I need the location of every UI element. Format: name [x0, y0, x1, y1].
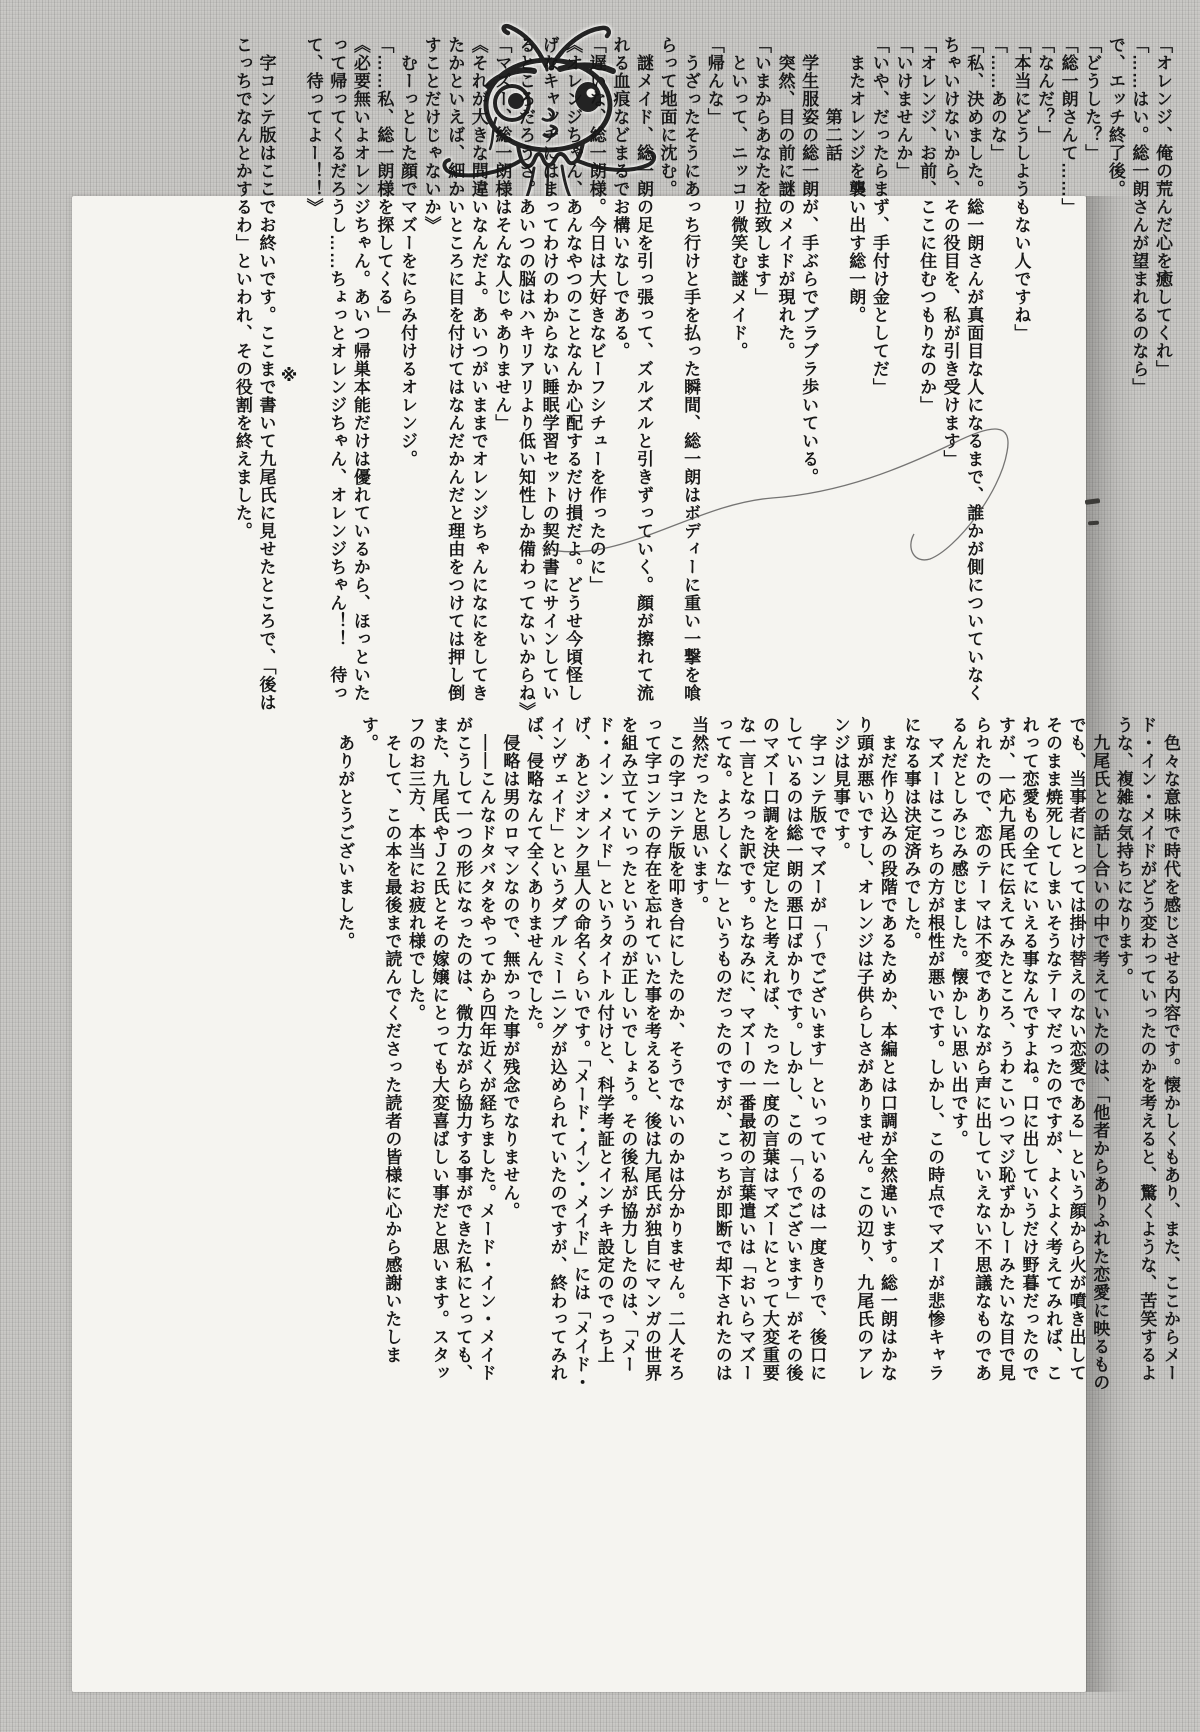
- text-line: 字コンテ版でマズーが「〜でございます」といっているのは一度きりで、後口にしている…: [687, 716, 829, 1396]
- text-line: 《オレンジちゃん、あんなやつのことなんか心配するだけ損だよ。どうせ今頃怪しげなキ…: [513, 36, 584, 716]
- text-line: 「オレンジ、俺の荒んだ心を癒してくれ」: [1150, 36, 1174, 716]
- text-line: といって、ニッコリ微笑む謎メイド。: [726, 36, 750, 716]
- text-line: 学生服姿の総一朗が、手ぶらでブラブラ歩いている。: [797, 36, 821, 716]
- text-line: ※: [277, 36, 301, 716]
- text-line: 「……あのな」: [985, 36, 1009, 716]
- text-line: 「どうした？」: [1080, 36, 1104, 716]
- text-line: 色々な意味で時代を感じさせる内容です。懐かしくもあり、また、ここからメード・イン…: [1111, 716, 1182, 1396]
- text-line: で、エッチ終了後。: [1103, 36, 1127, 716]
- text-line: 「遅いな、総一朗様。今日は大好きなビーフシチューを作ったのに」: [584, 36, 608, 716]
- text-line: むーっとした顔でマズーをにらみ付けるオレンジ。: [395, 36, 419, 716]
- text-line: 侵略は男のロマンなので、無かった事が残念でなりません。: [498, 716, 522, 1396]
- afterword-text-block: 色々な意味で時代を感じさせる内容です。懐かしくもあり、また、ここからメード・イン…: [333, 716, 1182, 1396]
- text-line: 字コンテ版はここでお終いです。ここまで書いて九尾氏に見せたところで、「後はこっち…: [230, 36, 277, 716]
- text-line: 謎メイド、総一朗の足を引っ張って、ズルズルと引きずっていく。顔が擦れて流れる血痕…: [608, 36, 655, 716]
- text-line: 「なんだ？」: [1032, 36, 1056, 716]
- text-line: 《それが大きな間違いなんだよ。あいつがいままでオレンジちゃんになにをしてきたかと…: [419, 36, 490, 716]
- text-line: 第二話: [820, 36, 844, 716]
- text-line: うざったそうにあっち行けと手を払った瞬間、総一朗はボディーに重い一撃を喰らって地…: [655, 36, 702, 716]
- text-line: 「……私、総一朗様を探してくる」: [372, 36, 396, 716]
- text-line: 突然、目の前に謎のメイドが現れた。: [773, 36, 797, 716]
- text-line: 「オレンジ、お前、ここに住むつもりなのか」: [914, 36, 938, 716]
- text-line: 「帰んな」: [702, 36, 726, 716]
- text-line: 「いけませんか」: [891, 36, 915, 716]
- text-line: 「……はい。総一朗さんが望まれるのなら」: [1127, 36, 1151, 716]
- script-text-block: 「オレンジ、俺の荒んだ心を癒してくれ」「……はい。総一朗さんが望まれるのなら」で…: [230, 36, 1174, 716]
- text-line: 「私、決めました。総一朗さんが真面目な人になるまで、誰かが側についていなくちゃい…: [938, 36, 985, 716]
- text-line: 「いまからあなたを拉致します」: [749, 36, 773, 716]
- text-line: この字コンテ版を叩き台にしたのか、そうでないのかは分かりません。二人そろって字コ…: [521, 716, 686, 1396]
- text-line: マズーはこっちの方が根性が悪いです。しかし、この時点でマズーが悲惨キャラになる事…: [899, 716, 946, 1396]
- text-line: またオレンジを襲い出す総一朗。: [844, 36, 868, 716]
- text-line: ありがとうございました。: [333, 716, 357, 1396]
- text-line: 「本当にどうしようもない人ですね」: [1009, 36, 1033, 716]
- text-line: 「総一朗さんて……」: [1056, 36, 1080, 716]
- text-line: ――こんなドタバタをやってから四年近くが経ちました。メード・イン・メイドがこうし…: [403, 716, 497, 1396]
- text-line: そして、この本を最後まで読んでくださった読者の皆様に心から感謝いたします。: [356, 716, 403, 1396]
- text-line: 「いや、だったらまず、手付け金としてだ」: [867, 36, 891, 716]
- scanned-doujinshi-page: { "meta": { "kind": "scanned afterword p…: [0, 0, 1200, 1732]
- text-line: 九尾氏との話し合いの中で考えていたのは、「他者からありふれた恋愛に映るものでも、…: [946, 716, 1111, 1396]
- text-line: まだ作り込みの段階であるためか、本編とは口調が全然違います。総一朗はかなり頭が悪…: [828, 716, 899, 1396]
- text-line: 《必要無いよオレンジちゃん。あいつ帰巣本能だけは優れているから、ほっといたって帰…: [301, 36, 372, 716]
- text-line: 「マズー、総一朗様はそんな人じゃありません」: [490, 36, 514, 716]
